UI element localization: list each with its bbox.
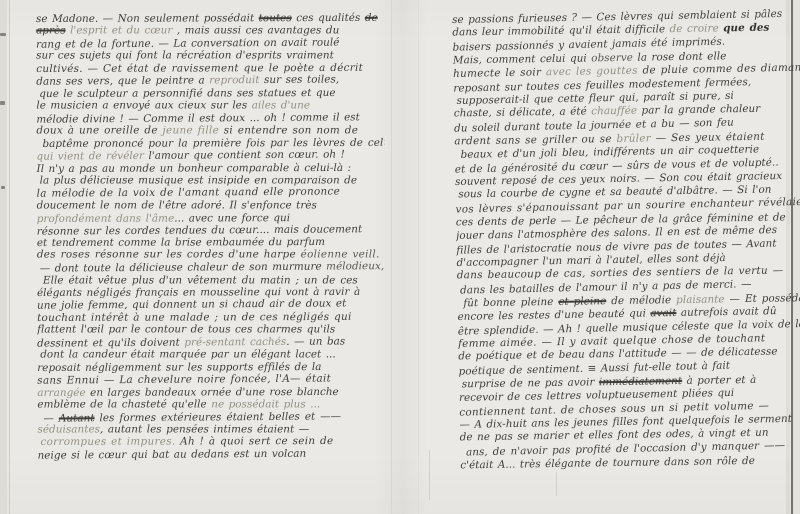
text-run: que le sculpteur a personnifié dans ses … [39,87,335,100]
text-run: , mais aussi ces avantages du [172,24,339,36]
left-page-text: se Madone. — Non seulement possédait tou… [36,12,386,462]
center-fold-line [391,0,392,514]
page-edge-left [0,0,7,514]
manuscript-line: le musicien a envoyé aux cieux sur les a… [36,99,384,112]
text-run: chauffée [591,105,637,118]
text-run: corrompues et impures. [40,436,175,448]
text-run: emblème de la chasteté qu'elle [37,398,211,410]
text-run: ... avec une force qui [174,212,290,224]
text-run: — Ses yeux étaient [651,130,765,144]
text-run: mélodieux, [326,261,384,273]
text-run: le musicien a envoyé aux cieux sur les [36,99,251,111]
text-run: la mélodie de la voix de l'amant quand e… [37,186,341,200]
text-run: de mélodie [606,294,676,307]
text-run: autrefois avait dû [676,305,776,319]
text-run: l'amour que contient son cœur. oh ! [148,148,344,161]
text-run: doux à une oreille de [36,124,162,136]
text-run: à porter et à [682,373,756,386]
text-run: immédiatement [599,375,682,388]
manuscript-line: dont la candeur était marquée par un élé… [37,349,385,362]
text-run: Ah ! à quoi sert ce sein de [175,435,333,448]
text-run: avait [650,307,676,319]
manuscript-line: des roses résonne sur les cordes d'une h… [37,249,385,262]
text-run: dans ses vers, que le peintre a [36,75,209,88]
text-run: observe [591,51,633,64]
manuscript-line: Il n'y a pas au monde un bonheur compara… [37,162,385,176]
text-run: . — un bas [286,335,345,347]
page-edge-left-line [9,0,10,514]
text-run: — Et possédant [724,291,800,304]
text-run: — dont toute la délicieuse chaleur de so… [40,261,326,275]
manuscript-line: que le sculpteur a personnifié dans ses … [36,87,384,101]
manuscript-line: après l'esprit et du cœur , mais aussi c… [36,24,384,37]
scan-speck [0,33,6,36]
text-run: Elle était vêtue plus d'un vêtement du m… [43,274,358,286]
text-run: l'esprit et du cœur [66,24,173,36]
text-run: flattent l'œil par le contour de tous ce… [37,323,335,335]
text-run: sur ces sujets qui font la récréation d'… [36,50,334,62]
scan-speck [1,186,5,189]
text-run: Mais, comment celui qui [453,52,592,66]
text-run: profondément dans l'âme [37,212,175,224]
text-run: par la grande chaleur [637,103,760,117]
manuscript-line: arrangée en larges bandeaux ornée d'une … [37,385,385,399]
text-run: et tendrement comme la brise embaumée du… [37,236,325,249]
text-run: doucement le nom de l'être adoré. Il s'e… [37,199,317,211]
text-run: ailes d'une [252,99,310,111]
manuscript-line: flattent l'œil par le contour de tous ce… [37,323,385,336]
text-run: une jolie femme, qui donnent un si chaud… [37,298,346,312]
text-run: séduisantes [37,423,100,435]
text-run: , autant les pensées intimes étaient — [100,423,309,435]
manuscript-line: Elle était vêtue plus d'un vêtement du m… [37,274,385,287]
manuscript-line: doucement le nom de l'être adoré. Il s'e… [37,199,385,212]
manuscript-line: la mélodie de la voix de l'amant quand e… [37,185,385,200]
text-run: ardent sans se griller ou se [454,132,616,146]
manuscript-line: séduisantes, autant les pensées intimes … [37,423,385,436]
text-run: sur ses toiles, [259,74,339,87]
text-run: que des [723,22,769,35]
text-run: et pleine [558,295,606,308]
text-run: de [365,12,378,24]
manuscript-line: — dont toute la délicieuse chaleur de so… [37,261,385,276]
text-run: brûler [616,132,651,145]
text-run: touchant intérêt à une malade ; un de ce… [37,311,352,324]
text-run: éolienne veill. [301,249,380,261]
text-run: qui vient de révéler [36,150,148,163]
text-run: si entendre son nom de [219,124,358,136]
text-run: ne possédait plus ... [211,398,320,410]
manuscript-left-page: se Madone. — Non seulement possédait tou… [36,12,386,469]
text-run: surprise de ne pas avoir [462,376,599,390]
text-run: jeune fille [163,124,220,136]
manuscript-scan: se Madone. — Non seulement possédait tou… [0,0,800,514]
manuscript-line: sur ces sujets qui font la récréation d'… [36,50,384,63]
text-run: humecte le soir [453,67,546,81]
text-run: Il n'y a pas au monde un bonheur compara… [37,162,352,175]
text-run: en larges bandeaux ornée d'une rose blan… [86,386,339,399]
scan-speck [0,101,5,105]
text-run: avec les gouttes [546,65,638,79]
text-run: dans leur immobilité qu'il était diffici… [452,23,669,38]
manuscript-right-page: se passions furieuses ? — Ces lèvres qui… [452,8,800,482]
text-run: toutes [259,12,292,24]
right-page-margin-line [418,0,419,514]
manuscript-line: neige si le cœur qui bat au dedans est u… [38,447,386,462]
text-run: les formes extérieures étaient belles et… [95,410,342,424]
text-run: sans Ennui — La chevelure noire foncée, … [37,373,331,387]
text-run: ces qualités [292,12,365,24]
text-run: des roses résonne sur les cordes d'une h… [37,249,301,261]
text-run: chaste, si délicate, a été [454,105,592,119]
text-run: arrangée [37,386,85,398]
text-run: plaisante [676,293,725,306]
text-run: la plus délicieuse musique est insipide … [40,174,357,186]
right-page-text: se passions furieuses ? — Ces lèvres qui… [452,8,800,473]
manuscript-line: doux à une oreille de jeune fille si ent… [36,124,384,137]
text-run: encore les restes d'une beauté qui [457,307,650,323]
text-run: pré-sentant cachés [184,336,286,349]
manuscript-line: emblème de la chasteté qu'elle ne posséd… [37,398,385,411]
text-run: de croire [670,22,724,35]
text-run: après [36,25,66,37]
text-run: neige si le cœur qui bat au dedans est u… [38,448,307,462]
fold-crease [429,450,430,500]
text-run: la rose dont elle [633,50,727,63]
text-run: reproduit [209,74,259,86]
text-run: dont la candeur était marquée par un élé… [40,349,336,361]
text-run: fût bonne pleine [463,295,558,308]
